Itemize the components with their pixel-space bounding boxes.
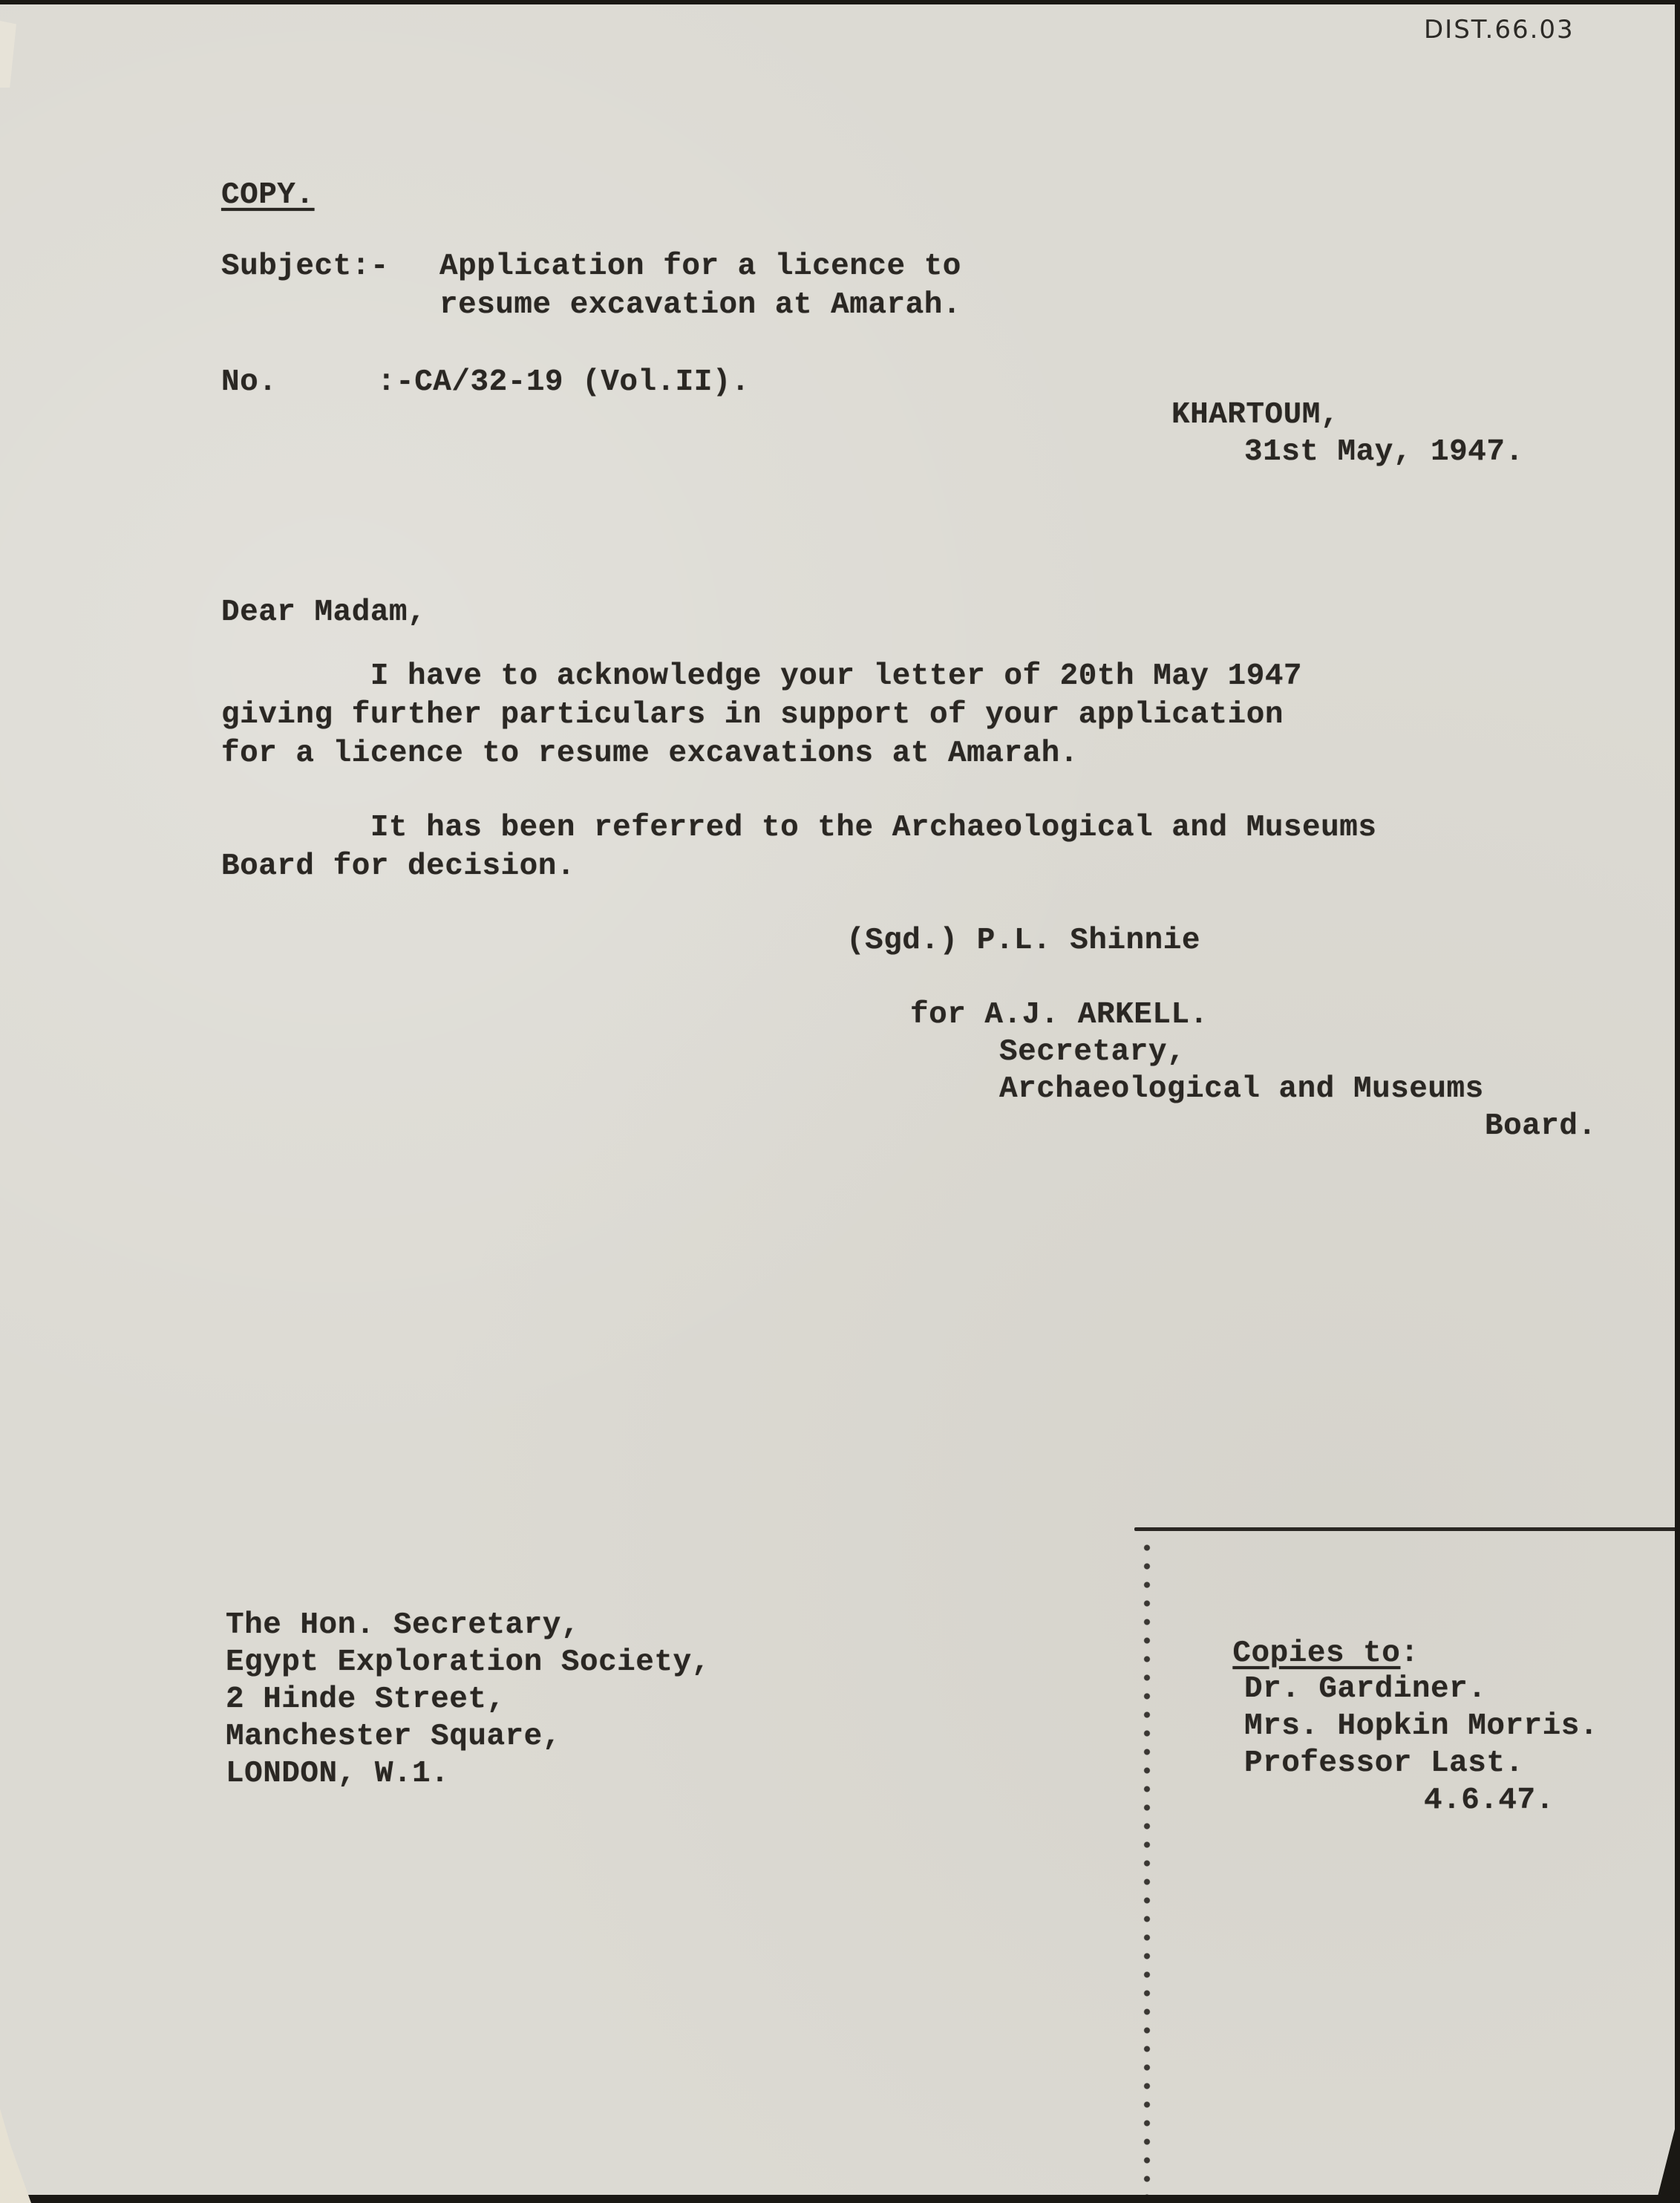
copies-dotted-divider [1143,1538,1151,2203]
body-line: It has been referred to the Archaeologic… [221,809,1376,846]
archive-reference-handwritten: DIST.66.03 [1424,15,1575,45]
copy-heading: COPY. [221,177,315,214]
copies-divider-rule [1134,1527,1680,1531]
subject-line-1: Application for a licence to [439,248,961,285]
copies-date: 4.6.47. [1424,1782,1555,1819]
reference-number: :-CA/32-19 (Vol.II). [377,364,750,401]
body-line: giving further particulars in support of… [221,696,1284,734]
salutation: Dear Madam, [221,594,426,631]
place: KHARTOUM, [1171,396,1339,434]
addressee-line: 2 Hinde Street, [226,1681,506,1718]
copies-heading-label: Copies to [1232,1636,1400,1671]
copy-recipient: Mrs. Hopkin Morris. [1244,1708,1598,1745]
signatory-title: Board. [1485,1108,1597,1145]
signatory-title: Archaeological and Museums [999,1071,1484,1108]
subject-line-2: resume excavation at Amarah. [439,287,961,324]
signed-for: for A.J. ARKELL. [910,996,1209,1034]
reference-label: No. [221,364,277,401]
date: 31st May, 1947. [1244,434,1524,471]
body-line: for a licence to resume excavations at A… [221,735,1079,772]
copy-recipient: Dr. Gardiner. [1244,1671,1486,1708]
subject-label: Subject:- [221,248,389,285]
addressee-line: Egypt Exploration Society, [226,1644,710,1681]
letter-page: DIST.66.03 COPY. Subject:- Application f… [0,4,1675,2195]
body-line: Board for decision. [221,848,575,885]
signatory-title: Secretary, [999,1034,1186,1071]
addressee-line: The Hon. Secretary, [226,1607,580,1644]
addressee-line: LONDON, W.1. [226,1755,449,1792]
copy-recipient: Professor Last. [1244,1745,1524,1782]
signed-by: (Sgd.) P.L. Shinnie [846,922,1200,959]
body-line: I have to acknowledge your letter of 20t… [221,658,1302,695]
addressee-line: Manchester Square, [226,1718,561,1755]
paper-fold-top-left [0,21,16,88]
copies-heading-colon: : [1400,1636,1419,1671]
